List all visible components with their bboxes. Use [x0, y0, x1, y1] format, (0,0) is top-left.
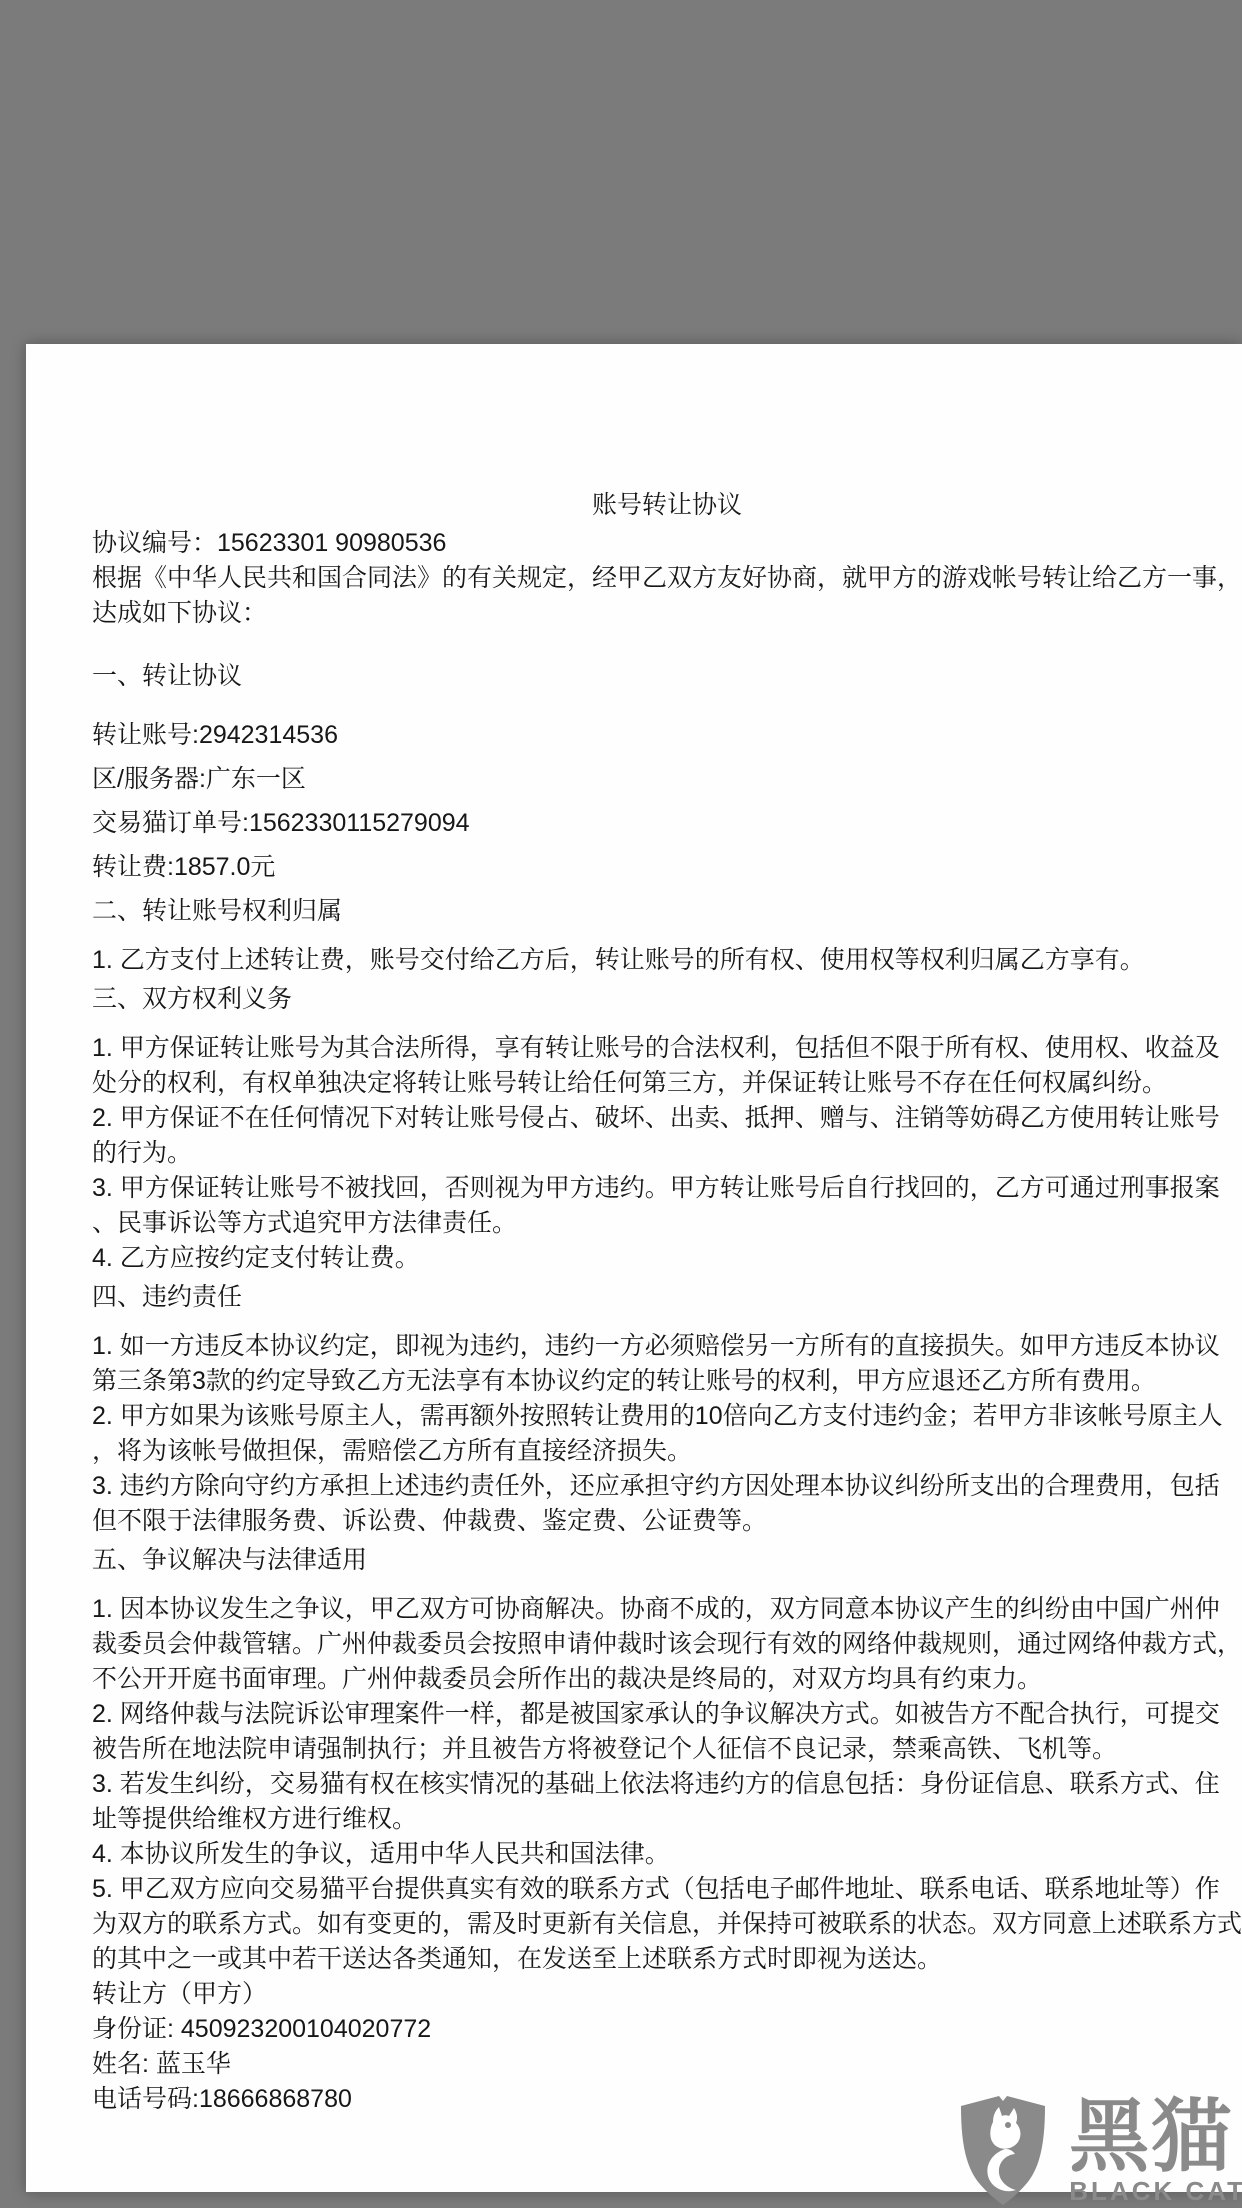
sections-container: 一、转让协议转让账号:2942314536区/服务器:广东一区交易猫订单号:15…: [92, 659, 1242, 1977]
detail-line: 转让费:1857.0元: [92, 850, 1242, 885]
clause: 1. 乙方支付上述转让费，账号交付给乙方后，转让账号的所有权、使用权等权利归属乙…: [92, 943, 1242, 978]
signature-id-line: 身份证: 450923200104020772: [92, 2012, 1242, 2047]
section-heading: 二、转让账号权利归属: [92, 894, 1242, 929]
contract-content: 账号转让协议 协议编号：15623301 90980536 根据《中华人民共和国…: [92, 488, 1242, 2117]
clause: 1. 如一方违反本协议约定，即视为违约，违约一方必须赔偿另一方所有的直接损失。如…: [92, 1329, 1242, 1399]
clause: 3. 违约方除向守约方承担上述违约责任外，还应承担守约方因处理本协议纠纷所支出的…: [92, 1469, 1242, 1539]
clause: 2. 甲方保证不在任何情况下对转让账号侵占、破坏、出卖、抵押、赠与、注销等妨碍乙…: [92, 1101, 1242, 1171]
clause: 1. 甲方保证转让账号为其合法所得，享有转让账号的合法权利，包括但不限于所有权、…: [92, 1031, 1242, 1101]
clause: 5. 甲乙双方应向交易猫平台提供真实有效的联系方式（包括电子邮件地址、联系电话、…: [92, 1872, 1242, 1977]
detail-line: 区/服务器:广东一区: [92, 762, 1242, 797]
signature-party-label: 转让方（甲方）: [92, 1977, 1242, 2012]
detail-line: 转让账号:2942314536: [92, 718, 1242, 753]
document-title: 账号转让协议: [92, 488, 1242, 523]
clause: 4. 本协议所发生的争议，适用中华人民共和国法律。: [92, 1837, 1242, 1872]
clause: 3. 若发生纠纷，交易猫有权在核实情况的基础上依法将违约方的信息包括：身份证信息…: [92, 1767, 1242, 1837]
watermark-en-text: BLACK CAT: [1069, 2178, 1242, 2204]
clause: 2. 网络仲裁与法院诉讼审理案件一样，都是被国家承认的争议解决方式。如被告方不配…: [92, 1697, 1242, 1767]
intro-paragraph: 根据《中华人民共和国合同法》的有关规定，经甲乙双方友好协商，就甲方的游戏帐号转让…: [92, 561, 1242, 631]
signature-name-line: 姓名: 蓝玉华: [92, 2047, 1242, 2082]
clause: 4. 乙方应按约定支付转让费。: [92, 1241, 1242, 1276]
section-heading: 三、双方权利义务: [92, 982, 1242, 1017]
section-heading: 四、违约责任: [92, 1280, 1242, 1315]
detail-line: 交易猫订单号:1562330115279094: [92, 806, 1242, 841]
clause: 2. 甲方如果为该账号原主人，需再额外按照转让费用的10倍向乙方支付违约金；若甲…: [92, 1399, 1242, 1469]
contract-page: 账号转让协议 协议编号：15623301 90980536 根据《中华人民共和国…: [26, 344, 1242, 2192]
black-cat-watermark: 黑猫 BLACK CAT: [953, 2092, 1242, 2208]
watermark-text: 黑猫 BLACK CAT: [1069, 2099, 1242, 2208]
screen: 账号转让协议 协议编号：15623301 90980536 根据《中华人民共和国…: [0, 0, 1242, 2208]
clause: 1. 因本协议发生之争议，甲乙双方可协商解决。协商不成的，双方同意本协议产生的纠…: [92, 1592, 1242, 1697]
watermark-cn-text: 黑猫: [1069, 2099, 1233, 2175]
section-heading: 五、争议解决与法律适用: [92, 1543, 1242, 1578]
black-cat-shield-icon: [953, 2092, 1053, 2208]
agreement-number: 协议编号：15623301 90980536: [92, 526, 1242, 561]
section-heading: 一、转让协议: [92, 659, 1242, 694]
clause: 3. 甲方保证转让账号不被找回，否则视为甲方违约。甲方转让账号后自行找回的，乙方…: [92, 1171, 1242, 1241]
